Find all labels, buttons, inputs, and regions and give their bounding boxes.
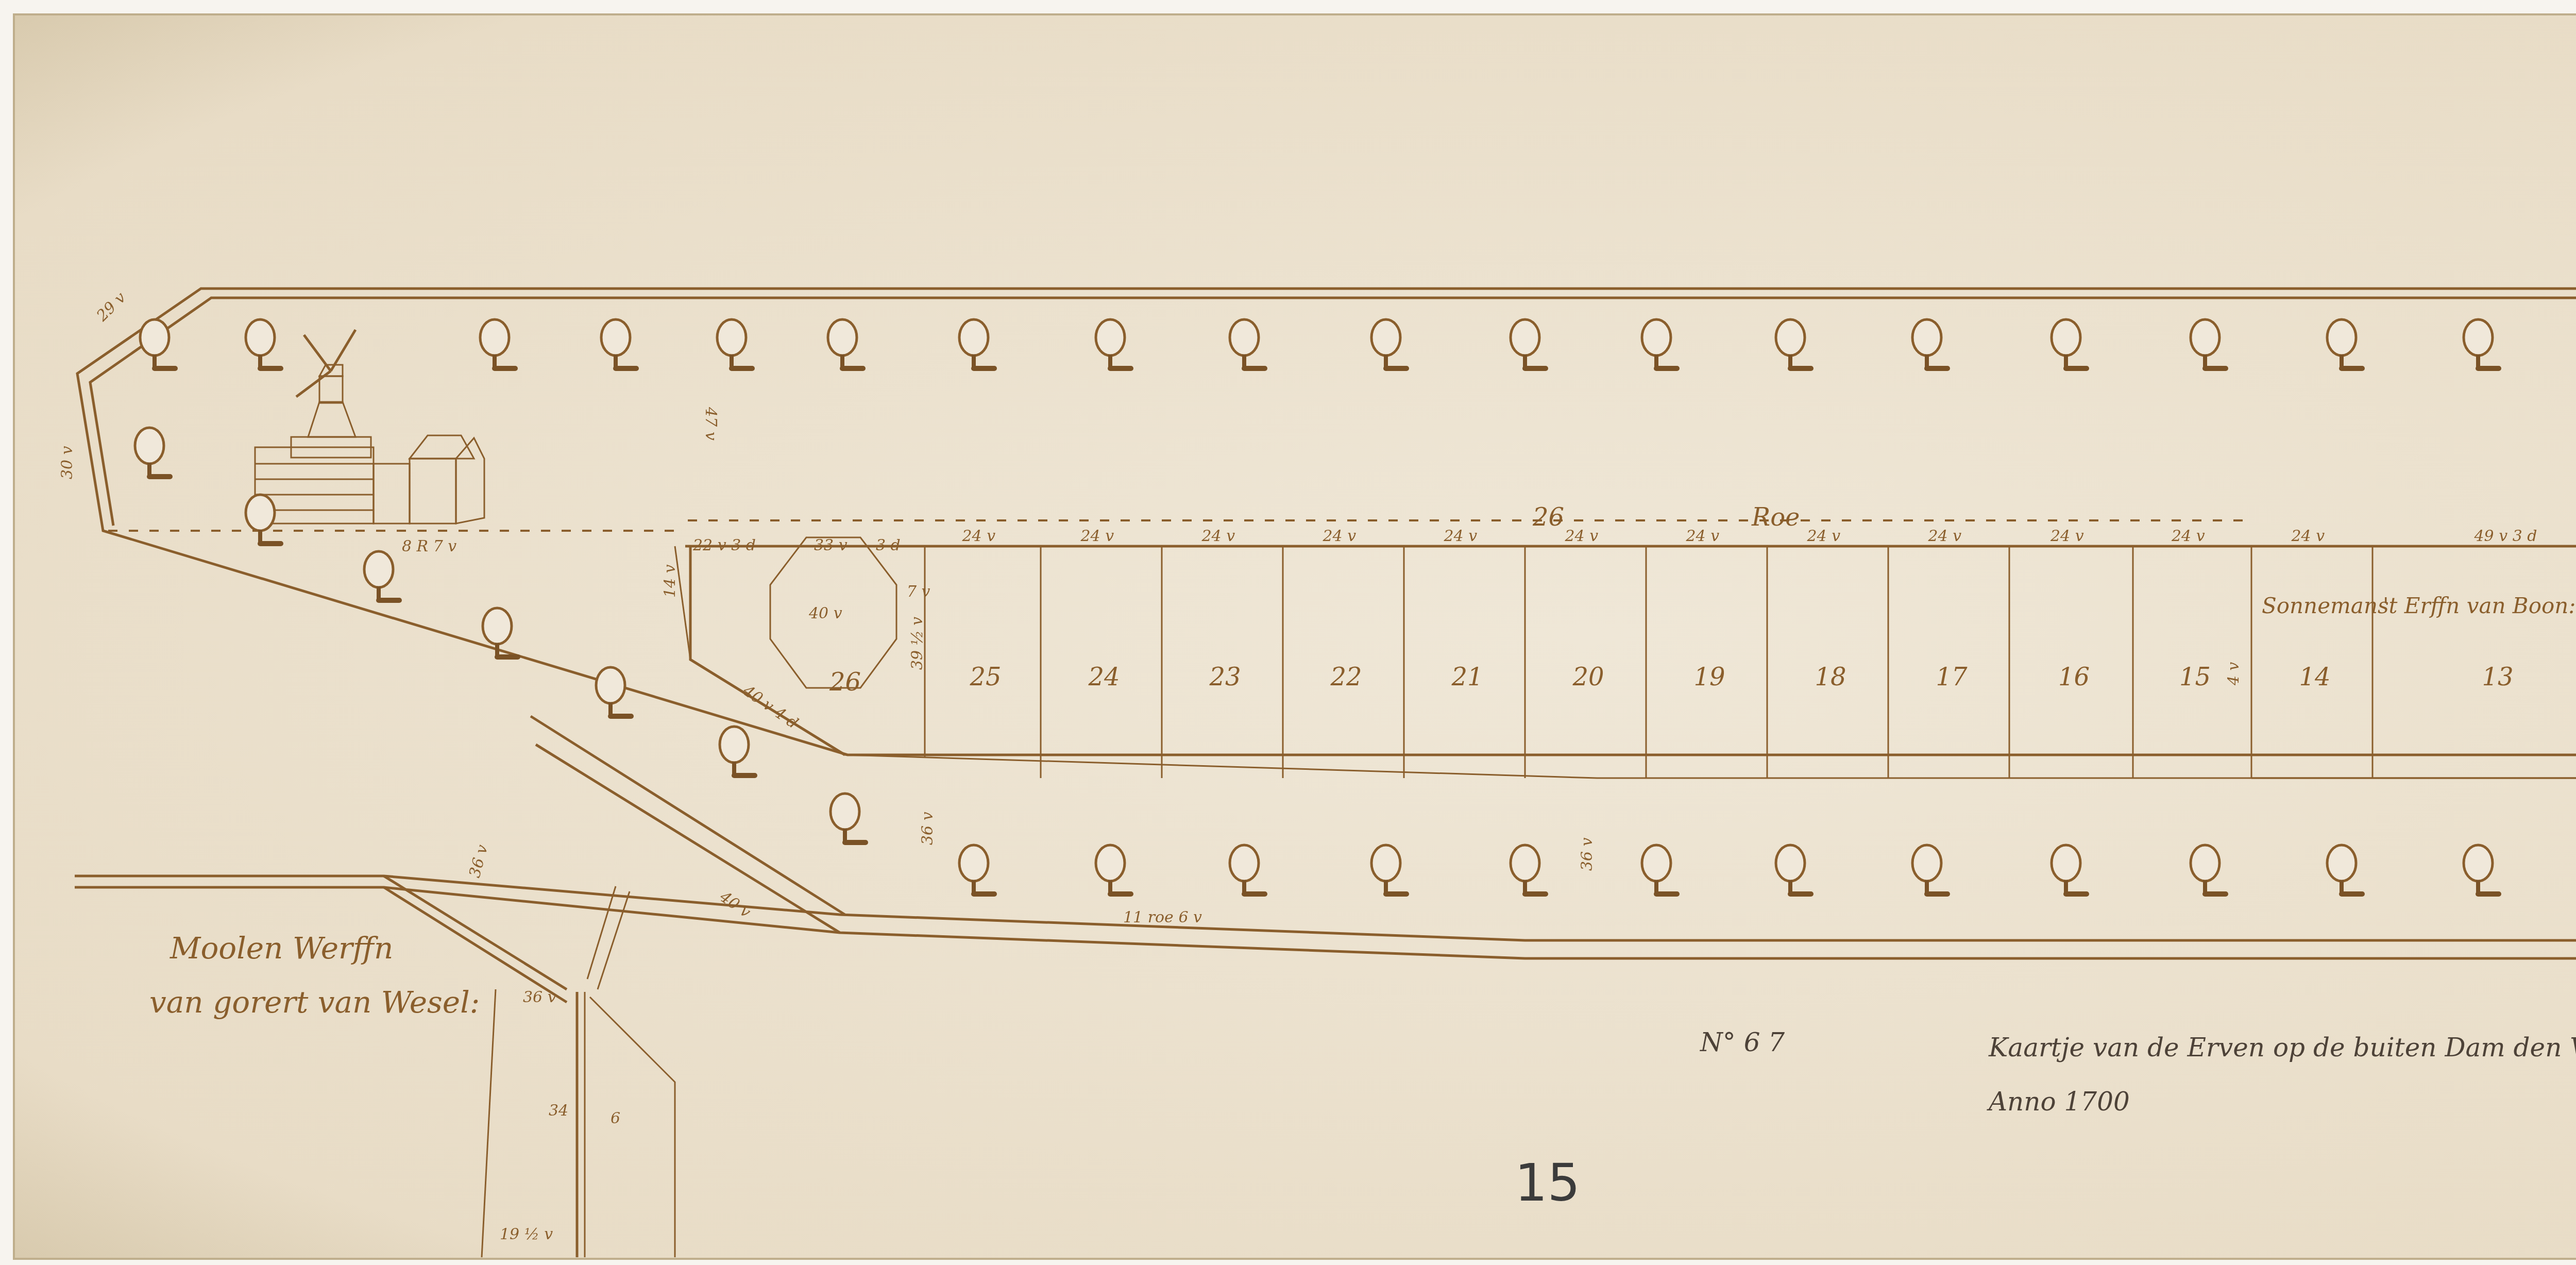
plot-number: 14	[2299, 663, 2331, 691]
plot-number: 24	[1088, 663, 1120, 691]
dimension-label: 4 v	[2225, 662, 2243, 686]
svg-text:26: 26	[829, 668, 861, 697]
reference-mark: N° 6 7	[1700, 1027, 1785, 1057]
svg-text:3 d: 3 d	[876, 536, 901, 554]
plot-width: 24 v	[1323, 527, 1357, 545]
plot-width: 24 v	[1686, 527, 1720, 545]
plot-number: 16	[2058, 663, 2090, 691]
owner-line-1: Moolen Werffn	[170, 931, 393, 966]
dimension-label: 39 ½ v	[908, 617, 926, 670]
plot-number: 13	[2482, 663, 2514, 691]
plot-width: 49 v 3 d	[2474, 527, 2537, 545]
plot-number: 22	[1330, 663, 1362, 691]
svg-text:Roe: Roe	[1751, 503, 1800, 532]
owner-line-2: van gorert van Wesel:	[149, 985, 480, 1020]
stamp-number: 15	[1515, 1153, 1580, 1213]
dimension-label: 19 ½ v	[500, 1225, 553, 1243]
dimension-label: 36 v	[1578, 837, 1596, 871]
plot-width: 24 v	[1928, 527, 1962, 545]
svg-text:33 v: 33 v	[814, 536, 848, 554]
svg-text:40 v: 40 v	[808, 604, 842, 622]
plot-width: 24 v	[1080, 527, 1114, 545]
dimension-label: 36 v	[919, 812, 937, 845]
plot-number: 15	[2179, 663, 2211, 691]
plot-width: 24 v	[2171, 527, 2205, 545]
dimension-label: 6	[611, 1109, 620, 1127]
caption-line-2: Anno 1700	[1987, 1087, 2130, 1117]
dimension-label: 8 R 7 v	[402, 537, 456, 555]
estate-map: Schaal ± 1-480 26 Roe	[0, 0, 2576, 1265]
plot-number: 17	[1936, 663, 1968, 691]
plot-owner: Sonnemans	[2262, 593, 2388, 618]
plot-owner: 't Erffn van Boon:	[2383, 593, 2575, 618]
plot-number: 21	[1451, 663, 1483, 691]
dimension-label: 47 v	[702, 407, 720, 441]
plot-width: 24 v	[1201, 527, 1235, 545]
paper	[14, 14, 2576, 1259]
plot-width: 24 v	[1444, 527, 1478, 545]
dimension-label: 30 v	[58, 446, 76, 479]
dimension-label: 7 v	[907, 583, 930, 601]
plot-number: 20	[1572, 663, 1604, 691]
dimension-label: 11 roe 6 v	[1123, 908, 1202, 926]
map-sheet: Schaal ± 1-480 26 Roe	[0, 0, 2576, 1265]
plot-number: 23	[1209, 663, 1241, 691]
plot-number: 18	[1815, 663, 1846, 691]
dimension-label: 34	[549, 1102, 568, 1120]
plot-number: 25	[970, 663, 1002, 691]
dimension-label: 22 v 3 d	[692, 536, 756, 554]
plot-width: 24 v	[2291, 527, 2325, 545]
plot-number: 19	[1694, 663, 1725, 691]
plot-width: 24 v	[1807, 527, 1841, 545]
plot-width: 24 v	[1565, 527, 1599, 545]
plot-width: 24 v	[2050, 527, 2084, 545]
caption-line-1: Kaartje van de Erven op de buiten Dam de…	[1988, 1033, 2576, 1062]
dimension-label: 36 v	[523, 988, 556, 1006]
plot-width: 24 v	[962, 527, 996, 545]
svg-text:26: 26	[1532, 503, 1564, 532]
dimension-label: 14 v	[661, 564, 679, 598]
